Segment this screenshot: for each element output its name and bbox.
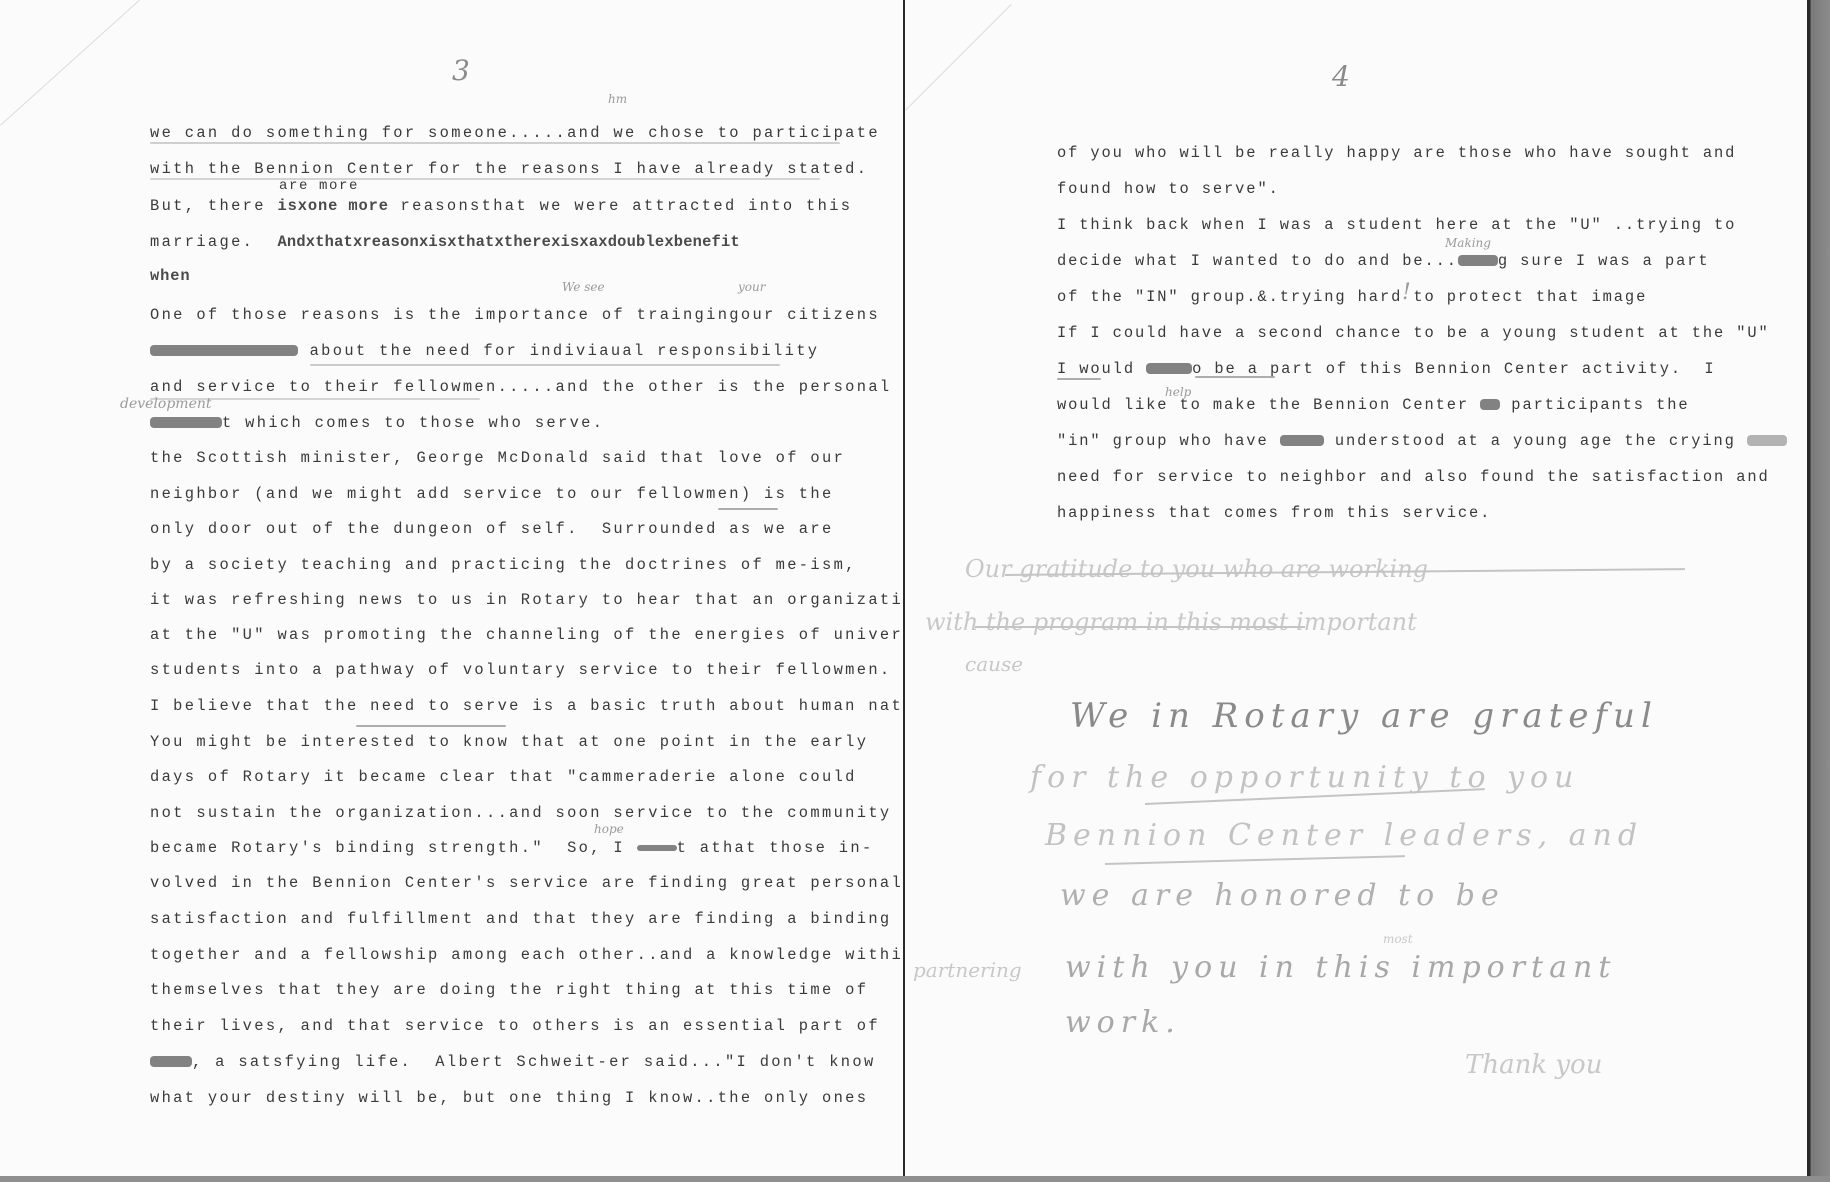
xed-out-text: when (150, 267, 191, 285)
handwritten-annotation: hm (608, 92, 627, 106)
typed-line: it was refreshing news to us in Rotary t… (150, 591, 905, 609)
pencil-underline (150, 178, 820, 180)
typed-line: by a society teaching and practicing the… (150, 556, 857, 574)
typed-line: days of Rotary it became clear that "cam… (150, 768, 857, 786)
typed-line: satisfaction and fulfillment and that th… (150, 910, 892, 928)
document-page-4: 4 of you who will be really happy are th… (905, 0, 1807, 1176)
scan-edge-shadow (1807, 0, 1830, 1182)
pencil-underline (718, 508, 778, 510)
handwritten-closing: work. (1065, 1005, 1181, 1040)
scan-bottom-edge (0, 1176, 1830, 1182)
pencil-underline (1195, 376, 1275, 378)
typed-line: neighbor (and we might add service to ou… (150, 485, 834, 503)
typed-line: and service to their fellowmen.....and t… (150, 378, 892, 396)
typed-line: with the Bennion Center for the reasons … (150, 160, 868, 178)
typed-line: happiness that comes from this service. (1057, 504, 1491, 522)
handwritten-annotation: Making (1445, 236, 1491, 250)
handwritten-closing: We in Rotary are grateful (1070, 696, 1658, 736)
typed-line: But, there isxone more reasonsthat we we… (150, 197, 852, 215)
handwritten-signoff: Thank you (1465, 1050, 1602, 1080)
typed-line: about the need for indiviaual responsibi… (150, 342, 819, 360)
typed-line: of you who will be really happy are thos… (1057, 144, 1736, 162)
typed-line: I believe that the need to serve is a ba… (150, 697, 905, 715)
handwritten-annotation: hope (594, 822, 624, 836)
typed-line: need for service to neighbor and also fo… (1057, 468, 1770, 486)
handwritten-annotation: your (738, 280, 765, 294)
pencil-underline (150, 398, 480, 400)
typed-line: would like to make the Bennion Center pa… (1057, 396, 1689, 414)
handwritten-closing: for the opportunity to you (1030, 760, 1579, 795)
struck-text (1146, 363, 1192, 374)
struck-text (150, 345, 298, 356)
struck-handwriting: Our gratitude to you who are working (965, 555, 1428, 583)
pencil-underline (356, 725, 506, 727)
struck-text (150, 1056, 192, 1067)
typed-line: what your destiny will be, but one thing… (150, 1089, 868, 1107)
underline-stroke (1105, 855, 1405, 865)
typed-line: of the "IN" group.&.trying hard to prote… (1057, 288, 1647, 306)
document-page-3: 3 hm we can do something for someone....… (0, 0, 905, 1176)
typed-line: marriage. Andxthatxreasonxisxthatxtherex… (150, 233, 740, 251)
typed-line: themselves that they are doing the right… (150, 981, 868, 999)
typed-line: together and a fellowship among each oth… (150, 946, 905, 964)
fold-crease (0, 0, 142, 126)
page-number: 4 (1332, 60, 1350, 93)
strikethrough-line (975, 626, 1305, 628)
typed-line: the Scottish minister, George McDonald s… (150, 449, 845, 467)
interlinear-insert: are more (279, 178, 359, 194)
struck-text (1747, 435, 1787, 446)
typed-line: volved in the Bennion Center's service a… (150, 874, 903, 892)
typed-line: when (150, 267, 191, 285)
typed-line: t which comes to those who serve. (150, 414, 604, 432)
typed-line: we can do something for someone.....and … (150, 124, 880, 142)
typed-line: I would o be a part of this Bennion Cent… (1057, 360, 1715, 378)
typed-line: found how to serve". (1057, 180, 1280, 198)
handwritten-closing: Bennion Center leaders, and (1045, 818, 1643, 853)
struck-handwriting: with the program in this most important (925, 608, 1417, 636)
typed-line: their lives, and that service to others … (150, 1017, 880, 1035)
handwritten-closing: we are honored to be (1060, 878, 1505, 913)
typed-line: became Rotary's binding strength." So, I… (150, 839, 874, 857)
typed-line: I think back when I was a student here a… (1057, 216, 1736, 234)
page-number: 3 (452, 54, 470, 87)
struck-text (150, 417, 222, 428)
typed-line: at the "U" was promoting the channeling … (150, 626, 905, 644)
typed-line: students into a pathway of voluntary ser… (150, 661, 892, 679)
typed-line: You might be interested to know that at … (150, 733, 868, 751)
pencil-underline (1057, 378, 1101, 380)
handwritten-annotation: help (1165, 385, 1191, 399)
struck-text (637, 845, 677, 851)
struck-text (1280, 435, 1324, 446)
handwritten-closing: partnering (913, 958, 1022, 982)
handwritten-annotation: We see (562, 280, 605, 294)
pencil-underline (310, 364, 780, 366)
typed-line: decide what I wanted to do and be...g su… (1057, 252, 1710, 270)
xed-out-text: Andxthatxreasonxisxthatxtherexisxaxdoubl… (277, 233, 739, 251)
struck-handwriting: cause (965, 652, 1023, 676)
typed-line: "in" group who have understood at a youn… (1057, 432, 1787, 450)
typed-line: not sustain the organization...and soon … (150, 804, 892, 822)
handwritten-closing: with you in this important (1065, 950, 1616, 985)
typed-line: One of those reasons is the importance o… (150, 306, 880, 324)
xed-out-text: isxone more (277, 197, 389, 215)
struck-text (1458, 255, 1498, 266)
typed-line: If I could have a second chance to be a … (1057, 324, 1770, 342)
pencil-underline (150, 142, 840, 144)
typed-line: , a satsfying life. Albert Schweit-er sa… (150, 1053, 876, 1071)
typed-line: only door out of the dungeon of self. Su… (150, 520, 834, 538)
handwritten-insert: most (1383, 932, 1413, 946)
handwritten-annotation: ! (1402, 280, 1411, 305)
fold-crease (905, 4, 1012, 111)
struck-text (1480, 399, 1500, 410)
